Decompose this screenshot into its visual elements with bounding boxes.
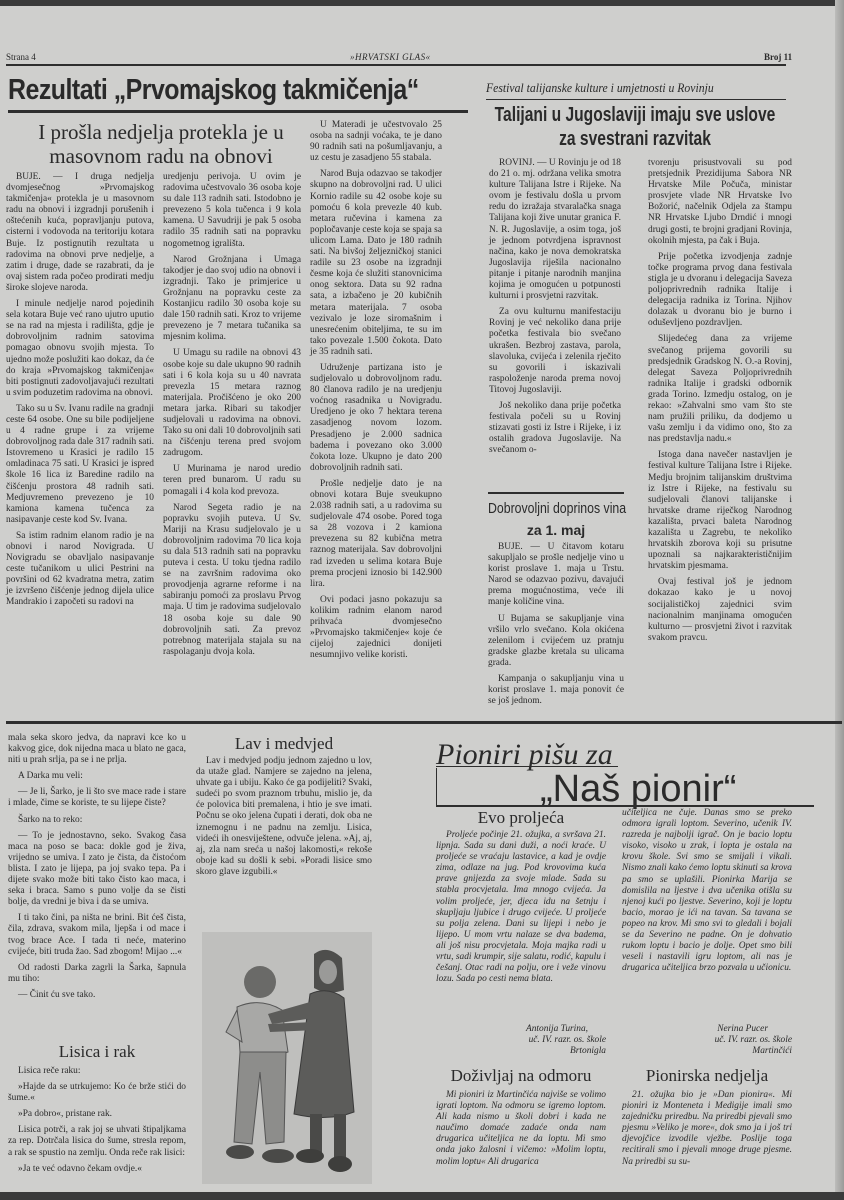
competition-col-1: BUJE. — I druga nedjelja dvomjesečnog »P…	[6, 172, 154, 614]
pioneer-week-title: Pionirska nedjelja	[622, 1066, 792, 1086]
competition-col-3: U Materadi je učestvovalo 25 osoba na sa…	[310, 120, 442, 666]
paragraph: I ti tako čini, pa ništa ne brini. Bit ć…	[8, 913, 186, 957]
paragraph: Kampanja o sakupljanju vina u korist pro…	[488, 674, 624, 707]
competition-col-2: uredjenju perivoja. U ovim je radovima u…	[163, 172, 301, 663]
paragraph: tvorenju prisustvovali su pod pretsjedni…	[648, 158, 792, 247]
story-cat: mala seka skoro jedva, da napravi kce ko…	[8, 733, 186, 1006]
issue-number: Broj 11	[764, 52, 792, 62]
competition-subheadline: I prošla nedjelja protekla je u masovnom…	[16, 120, 306, 168]
author-name: Nerina Pucer	[622, 1024, 768, 1035]
paragraph: A Darka mu veli:	[8, 771, 186, 782]
header-rule	[6, 64, 786, 66]
kicker-rule	[486, 99, 786, 100]
author-place: Martinčići	[622, 1046, 792, 1057]
paragraph: — Je li, Šarko, je li što sve mace rade …	[8, 787, 186, 809]
page-number: Strana 4	[6, 52, 36, 62]
author-school: uč. IV. razr. os. škole	[622, 1035, 792, 1046]
scan-bottom-edge	[0, 1192, 844, 1200]
wine-top-rule	[488, 492, 624, 494]
wine-subheadline: za 1. maj	[488, 522, 624, 538]
paragraph: Udruženje partizana isto je sudjelovalo …	[310, 363, 442, 474]
paragraph: I minule nedjelje narod pojedinih sela k…	[6, 299, 154, 399]
author-name: Antonija Turina,	[436, 1024, 588, 1035]
paragraph: Lisica potrči, a rak joj se uhvati štipa…	[8, 1125, 186, 1158]
wine-headline: Dobrovoljni doprinos vina	[488, 500, 603, 517]
story-fox: Lisica reče raku: »Hajde da se utrkujemo…	[8, 1066, 186, 1180]
scan-right-edge	[835, 0, 844, 1200]
paragraph: mala seka skoro jedva, da napravi kce ko…	[8, 733, 186, 766]
paragraph: U Umagu su radile na obnovi 43 osobe koj…	[163, 348, 301, 459]
paragraph: Lav i medvjed podju jednom zajedno u lov…	[196, 756, 372, 878]
pioneers-box-bottom	[436, 805, 814, 807]
masthead: »HRVATSKI GLAS«	[350, 52, 431, 62]
paragraph: Istoga dana navečer nastavljen je festiv…	[648, 450, 792, 572]
paragraph: učiteljica ne čuje. Danas smo se preko o…	[622, 808, 792, 974]
paragraph: Mi pioniri iz Martinčića najviše se voli…	[436, 1090, 606, 1168]
paragraph: U Murinama je narod uredio teren pred bu…	[163, 464, 301, 497]
girl-and-boy-illustration-icon	[202, 932, 372, 1184]
break-body: Mi pioniri iz Martinčića najviše se voli…	[436, 1090, 606, 1173]
paragraph: Još nekoliko dana prije početka festival…	[489, 401, 621, 456]
paragraph: — To je jednostavno, seko. Svakog časa m…	[8, 831, 186, 909]
pioneers-box-left	[436, 768, 437, 806]
paragraph: Proljeće počinje 21. ožujka, a svršava 2…	[436, 830, 606, 985]
paragraph: Šarko na to reko:	[8, 815, 186, 826]
paragraph: U Bujama se sakupljanje vina vršilo vrlo…	[488, 614, 624, 669]
author-school: uč. IV. razr. os. škole	[436, 1035, 606, 1046]
spring-title: Evo proljeća	[436, 808, 606, 828]
paragraph: — Činit ću sve tako.	[8, 990, 186, 1001]
paragraph: »Ja te već odavno čekam ovdje.«	[8, 1164, 186, 1175]
festival-col-1: ROVINJ. — U Rovinju je od 18 do 21 o. mj…	[489, 158, 621, 461]
paragraph: U Materadi je učestvovalo 25 osoba na sa…	[310, 120, 442, 164]
paragraph: BUJE. — U čitavom kotaru sakupljalo se p…	[488, 542, 624, 609]
paragraph: uredjenju perivoja. U ovim je radovima u…	[163, 172, 301, 250]
break-title: Doživljaj na odmoru	[436, 1066, 606, 1086]
paragraph: Od radosti Darka zagrli la Šarka, šapnul…	[8, 963, 186, 985]
ball-body: učiteljica ne čuje. Danas smo se preko o…	[622, 808, 792, 979]
story-lion: Lav i medvjed podju jednom zajedno u lov…	[196, 756, 372, 883]
paragraph: Narod Buja odazvao se takodjer skupno na…	[310, 169, 442, 358]
paragraph: »Hajde da se utrkujemo: Ko će brže stići…	[8, 1082, 186, 1104]
festival-headline-2: za svestrani razvitak	[467, 128, 802, 151]
paragraph: 21. ožujka bio je »Dan pionira«. Mi pion…	[622, 1090, 792, 1168]
paragraph: Narod Segeta radio je na popravku svojih…	[163, 503, 301, 658]
spring-body: Proljeće počinje 21. ožujka, a svršava 2…	[436, 830, 606, 990]
pioneer-week-body: 21. ožujka bio je »Dan pionira«. Mi pion…	[622, 1090, 792, 1173]
paragraph: Lisica reče raku:	[8, 1066, 186, 1077]
paragraph: Slijedećeg dana za vrijeme svečanog prij…	[648, 334, 792, 445]
paragraph: Tako su u Sv. Ivanu radile na gradnji ce…	[6, 404, 154, 526]
paragraph: Prije početka izvodjenja zadnje točke pr…	[648, 252, 792, 330]
ball-signature: Nerina Pucer uč. IV. razr. os. škole Mar…	[622, 1024, 792, 1057]
paragraph: Za ovu kulturnu manifestaciju Rovinj je …	[489, 307, 621, 396]
section-divider	[6, 721, 842, 724]
paragraph: ROVINJ. — U Rovinju je od 18 do 21 o. mj…	[489, 158, 621, 302]
paragraph: Narod Grožnjana i Umaga takodjer je dao …	[163, 255, 301, 344]
children-illustration	[202, 932, 372, 1184]
headline-rule	[8, 110, 468, 113]
paragraph: Ovaj festival još je jednom dokazao kako…	[648, 577, 792, 644]
pioneers-title-underline	[436, 766, 618, 767]
spring-signature: Antonija Turina, uč. IV. razr. os. škole…	[436, 1024, 606, 1057]
wine-body: BUJE. — U čitavom kotaru sakupljalo se p…	[488, 542, 624, 712]
paragraph: Prošle nedjelje dato je na obnovi kotara…	[310, 479, 442, 590]
paragraph: BUJE. — I druga nedjelja dvomjesečnog »P…	[6, 172, 154, 294]
paragraph: Ovi podaci jasno pokazuju sa kolikim rad…	[310, 595, 442, 662]
festival-col-2: tvorenju prisustvovali su pod pretsjedni…	[648, 158, 792, 649]
lion-story-title: Lav i medvjed	[196, 734, 372, 754]
fox-story-title: Lisica i rak	[8, 1042, 186, 1062]
competition-headline: Rezultati „Prvomajskog takmičenja“	[8, 74, 472, 107]
festival-headline-1: Talijani u Jugoslaviji imaju sve uslove	[467, 104, 802, 127]
festival-kicker: Festival talijanske kulture i umjetnosti…	[486, 80, 756, 96]
paragraph: Sa istim radnim elanom radio je na obnov…	[6, 531, 154, 609]
paragraph: »Pa dobro«, pristane rak.	[8, 1109, 186, 1120]
author-place: Brtonigla	[436, 1046, 606, 1057]
